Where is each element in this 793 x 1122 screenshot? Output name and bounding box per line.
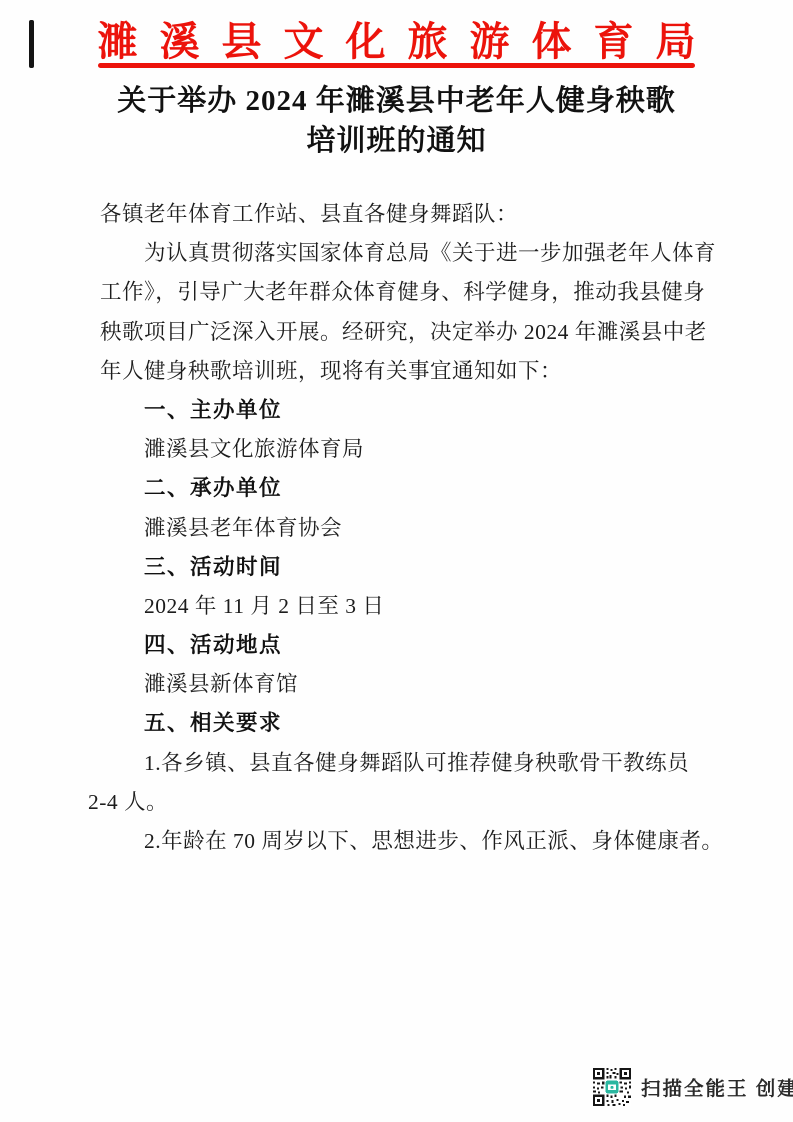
watermark-label: 扫描全能王 创建 (641, 1073, 793, 1101)
letterhead-rule (98, 63, 695, 68)
intro-line-3: 秧歌项目广泛深入开展。经研究，决定举办 2024 年濉溪县中老 (100, 313, 730, 352)
doc-title: 关于举办 2024 年濉溪县中老年人健身秧歌 培训班的通知 (40, 81, 753, 161)
section-3-text: 2024 年 11 月 2 日至 3 日 (100, 587, 730, 626)
intro-line-1: 为认真贯彻落实国家体育总局《关于进一步加强老年人体育 (100, 234, 730, 273)
intro-line-4: 年人健身秧歌培训班，现将有关事宜通知如下： (100, 352, 730, 391)
agency-title: 濉溪县文化旅游体育局 (0, 10, 793, 67)
document-body: 各镇老年体育工作站、县直各健身舞蹈队： 为认真贯彻落实国家体育总局《关于进一步加… (100, 195, 730, 861)
intro-line-2: 工作》，引导广大老年群众体育健身、科学健身，推动我县健身 (100, 273, 730, 312)
section-5-heading: 五、相关要求 (100, 704, 730, 743)
camscanner-qr-icon (593, 1068, 631, 1106)
section-2-heading: 二、承办单位 (100, 469, 730, 508)
section-4-text: 濉溪县新体育馆 (100, 665, 730, 704)
section-3-heading: 三、活动时间 (100, 548, 730, 587)
requirement-line-1: 1.各乡镇、县直各健身舞蹈队可推荐健身秧歌骨干教练员 (100, 744, 730, 783)
section-1-heading: 一、主办单位 (100, 391, 730, 430)
requirement-line-2: 2-4 人。 (88, 783, 730, 822)
section-4-heading: 四、活动地点 (100, 626, 730, 665)
camscanner-watermark: 扫描全能王 创建 (593, 1068, 793, 1106)
section-1-text: 濉溪县文化旅游体育局 (100, 430, 730, 469)
scanned-document-page: 濉溪县文化旅游体育局 关于举办 2024 年濉溪县中老年人健身秧歌 培训班的通知… (0, 0, 793, 1122)
doc-title-line-1: 关于举办 2024 年濉溪县中老年人健身秧歌 (40, 81, 753, 121)
section-2-text: 濉溪县老年体育协会 (100, 509, 730, 548)
requirement-line-3: 2.年龄在 70 周岁以下、思想进步、作风正派、身体健康者。 (100, 822, 730, 861)
doc-title-line-2: 培训班的通知 (40, 121, 753, 161)
salutation: 各镇老年体育工作站、县直各健身舞蹈队： (100, 195, 730, 234)
